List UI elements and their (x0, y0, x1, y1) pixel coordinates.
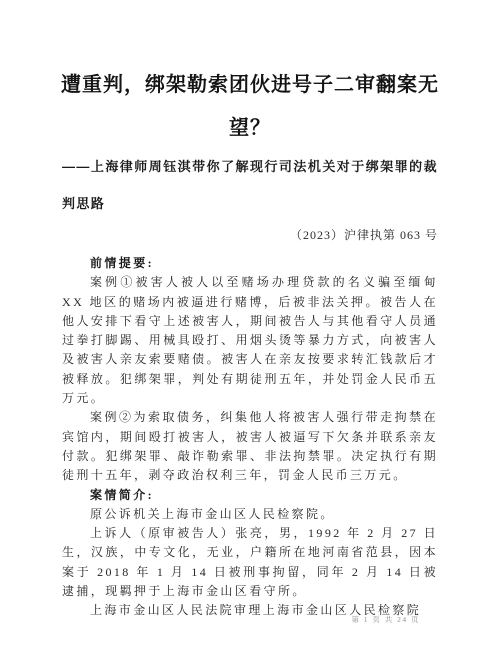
document-subtitle: ——上海律师周钰淇带你了解现行司法机关对于绑架罪的裁判思路 (62, 148, 438, 222)
paragraph-case-2: 案例②为索取债务，纠集他人将被害人强行带走拘禁在宾馆内，期间殴打被害人，被害人被… (62, 408, 438, 485)
paragraph-prosecution-organ: 原公诉机关上海市金山区人民检察院。 (62, 505, 438, 524)
document-page: 遭重判，绑架勒索团伙进号子二审翻案无望？ ——上海律师周钰淇带你了解现行司法机关… (0, 0, 500, 666)
document-body: 前情提要: 案例①被害人被人以至赌场办理贷款的名义骗至缅甸XX 地区的赌场内被逼… (62, 254, 438, 621)
paragraph-case-1: 案例①被害人被人以至赌场办理贷款的名义骗至缅甸XX 地区的赌场内被逼进行赌博，后… (62, 273, 438, 408)
section-heading-case-summary: 案情简介: (62, 486, 438, 505)
page-number-indicator: 第 1 页 共 24 页 (0, 614, 420, 625)
section-heading-background: 前情提要: (62, 254, 438, 273)
document-reference-number: （2023）沪律执第 063 号 (62, 222, 438, 248)
paragraph-appellant-info: 上诉人（原审被告人）张亮，男，1992 年 2 月 27 日生，汉族，中专文化，… (62, 524, 438, 601)
document-title: 遭重判，绑架勒索团伙进号子二审翻案无望？ (60, 64, 440, 150)
